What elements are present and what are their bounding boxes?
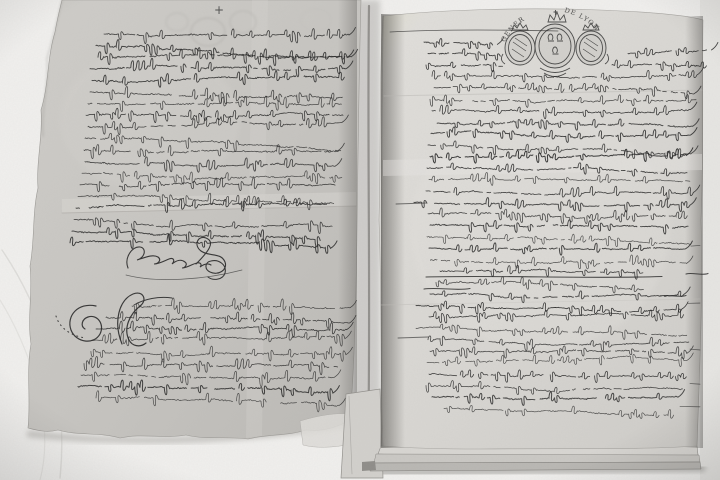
manuscript-photograph: +: [0, 0, 720, 480]
manuscript-photo: +: [0, 0, 720, 480]
vignette-overlay: [0, 0, 720, 480]
